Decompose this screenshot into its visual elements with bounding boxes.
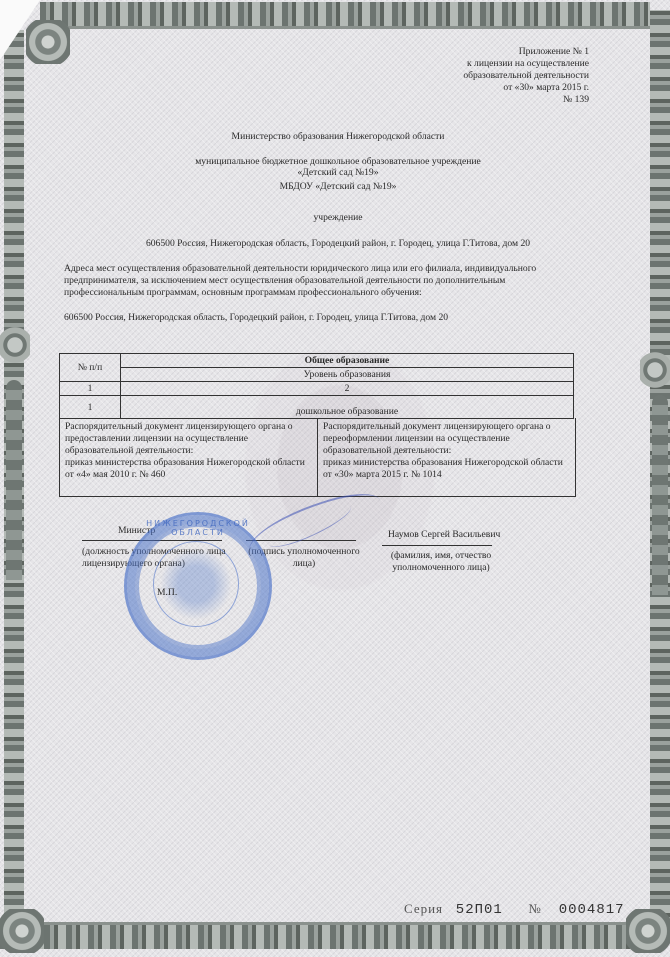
legal-address: 606500 Россия, Нижегородская область, Го… [60, 238, 616, 250]
celtic-knot-icon [0, 325, 30, 365]
name-line [382, 545, 492, 546]
ornamental-bar-left [6, 380, 22, 580]
appendix-block: Приложение № 1 к лицензии на осуществлен… [389, 46, 589, 106]
number-label: № [528, 901, 541, 916]
official-seal-stamp: НИЖЕГОРОДСКОЙ ОБЛАСТИ [124, 512, 272, 660]
decision-documents: Распорядительный документ лицензирующего… [59, 418, 576, 497]
appendix-line: образовательной деятельности [389, 70, 589, 82]
appendix-line: к лицензии на осуществление [389, 58, 589, 70]
eagle-emblem-icon [153, 541, 239, 627]
ornamental-bar-right [652, 395, 668, 595]
col-level-header: Уровень образования [121, 368, 574, 382]
issue-decision-cell: Распорядительный документ лицензирующего… [60, 418, 317, 496]
section-header: Общее образование [121, 354, 574, 368]
appendix-date: от «30» марта 2015 г. [389, 82, 589, 94]
page-corner-fold [0, 0, 40, 60]
official-name: Наумов Сергей Васильевич [388, 529, 500, 541]
org-type: учреждение [60, 212, 616, 224]
name-caption: (фамилия, имя, отчество уполномоченного … [376, 550, 506, 574]
location-address: 606500 Россия, Нижегородская область, Го… [64, 312, 544, 324]
series-value: 52П01 [456, 902, 503, 918]
table-row: 1 дошкольное образование [60, 396, 574, 419]
org-short-name: МБДОУ «Детский сад №19» [60, 181, 616, 193]
serial-number: Серия 52П01 № 0004817 [404, 901, 625, 918]
appendix-number: № 139 [389, 94, 589, 106]
series-label: Серия [404, 901, 443, 916]
col-number-header: № п/п [60, 354, 121, 382]
education-levels-table: № п/п Общее образование Уровень образова… [59, 353, 574, 419]
celtic-knot-icon [640, 350, 670, 390]
seal-mark: М.П. [157, 587, 177, 599]
ornamental-border-bottom [0, 922, 650, 949]
ornamental-border-top [40, 2, 650, 29]
locations-intro: Адреса мест осуществления образовательно… [64, 263, 544, 299]
reissue-decision-cell: Распорядительный документ лицензирующего… [317, 418, 575, 496]
org-full-name-line2: «Детский сад №19» [60, 167, 616, 179]
corner-ornament-icon [0, 909, 44, 953]
table-index-row: 1 2 [60, 382, 574, 396]
license-sheet: Приложение № 1 к лицензии на осуществлен… [0, 0, 670, 957]
appendix-title: Приложение № 1 [389, 46, 589, 58]
ministry-name: Министерство образования Нижегородской о… [60, 131, 616, 143]
number-value: 0004817 [559, 902, 625, 918]
corner-ornament-icon [626, 909, 670, 953]
